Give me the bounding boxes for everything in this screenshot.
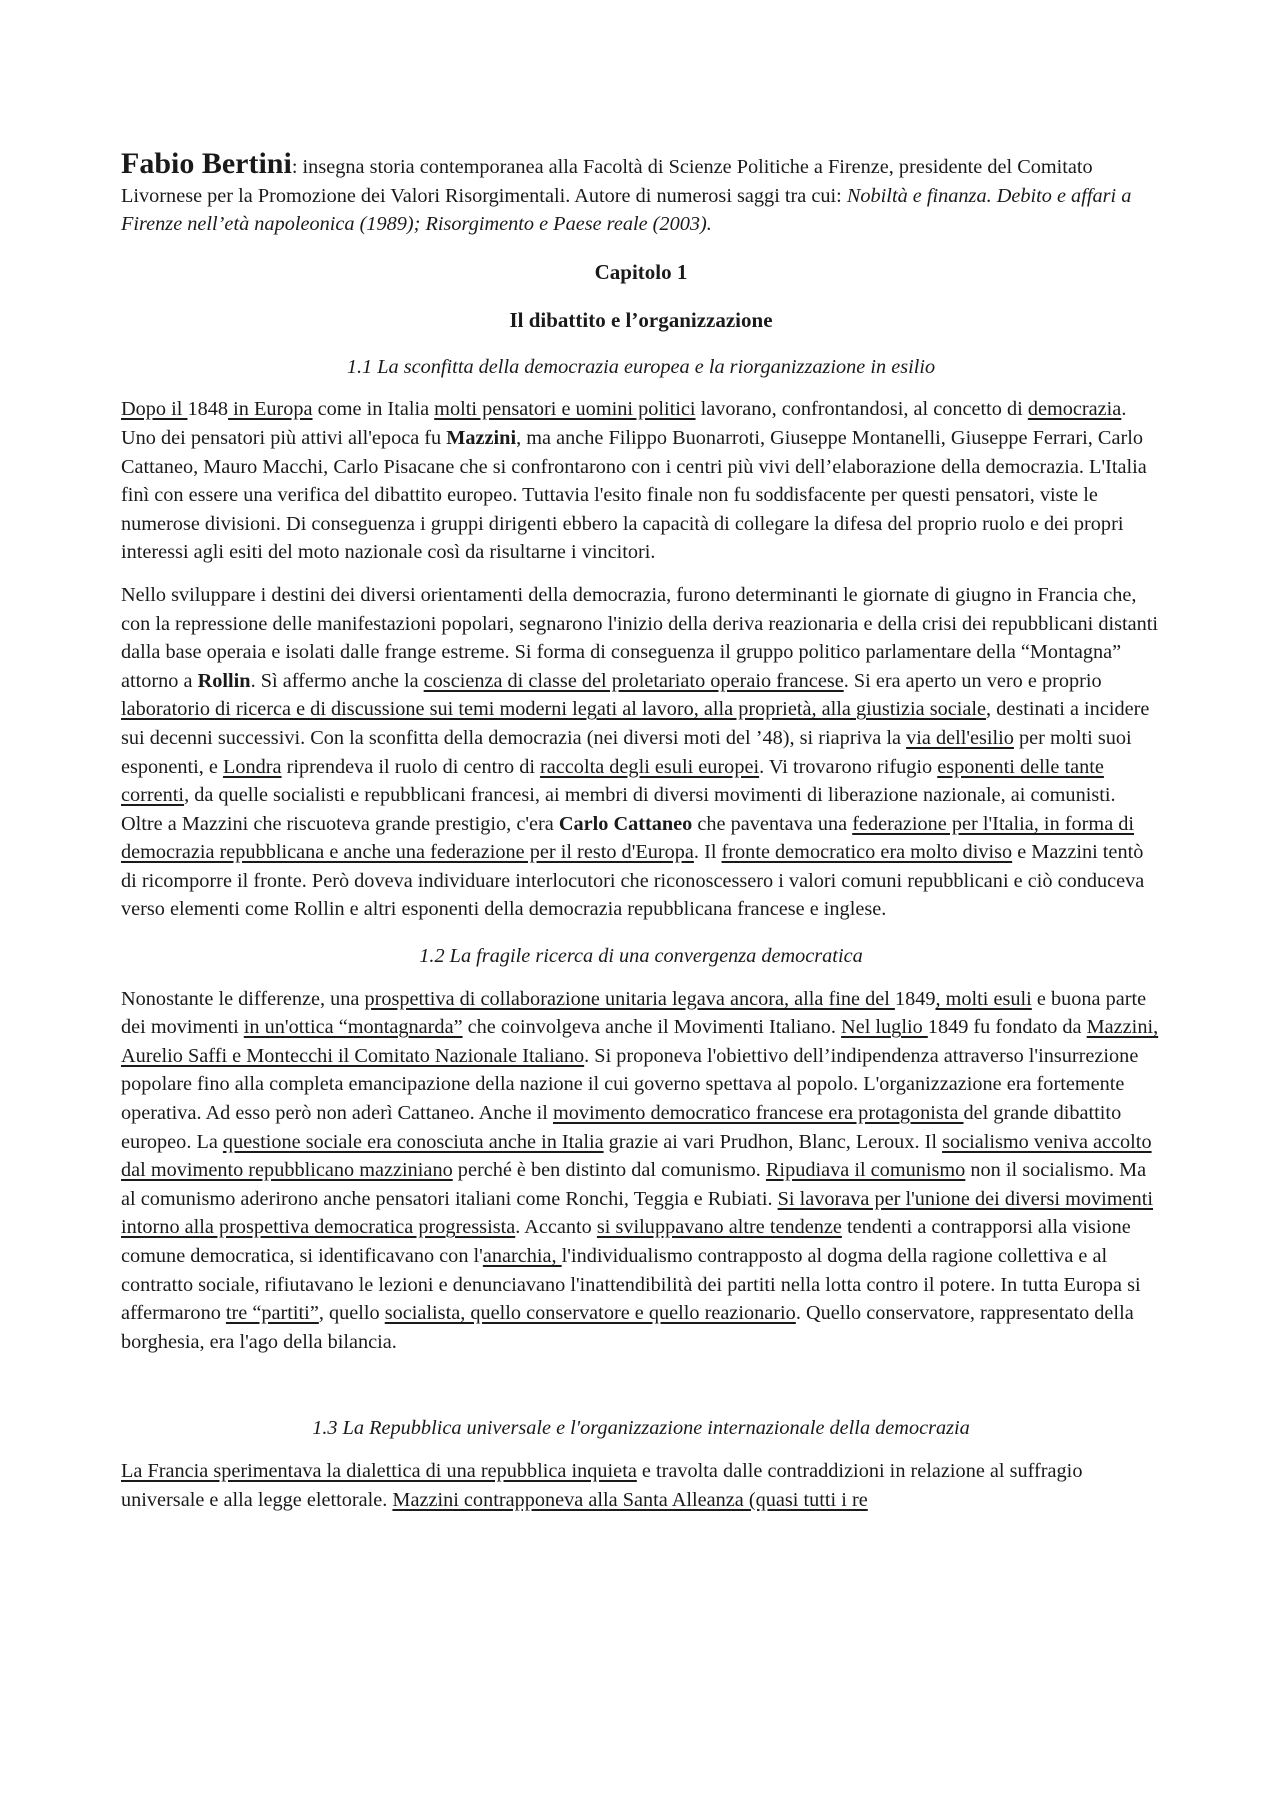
text-run: 1849 fu fondato da: [928, 1016, 1087, 1038]
section-heading: 1.3 La Repubblica universale e l'organiz…: [121, 1414, 1161, 1443]
text-run: . Sì affermo anche la: [251, 670, 424, 692]
underlined-text: molti pensatori e uomini politici: [434, 398, 695, 420]
text-run: 1848: [187, 398, 228, 420]
bold-text: Carlo Cattaneo: [559, 813, 693, 835]
underlined-text: , molti esuli: [935, 988, 1031, 1010]
text-run: . Si era aperto un vero e proprio: [844, 670, 1102, 692]
underlined-text: si sviluppavano altre tendenze: [597, 1216, 842, 1238]
text-run: , quello: [319, 1302, 385, 1324]
underlined-text: questione sociale era conosciuta anche i…: [223, 1131, 604, 1153]
underlined-text: via dell'esilio: [906, 727, 1014, 749]
section-heading: 1.2 La fragile ricerca di una convergenz…: [121, 942, 1161, 971]
underlined-text: anarchia,: [483, 1245, 562, 1267]
text-run: . Vi trovarono rifugio: [759, 756, 937, 778]
paragraph: Dopo il 1848 in Europa come in Italia mo…: [121, 395, 1161, 567]
document-page: Fabio Bertini: insegna storia contempora…: [121, 150, 1161, 1514]
chapter-title: Il dibattito e l’organizzazione: [121, 305, 1161, 335]
underlined-text: raccolta degli esuli europei: [540, 756, 759, 778]
bold-text: Rollin: [198, 670, 251, 692]
text-run: . Accanto: [515, 1216, 597, 1238]
chapter-label: Capitolo 1: [121, 257, 1161, 287]
underlined-text: democrazia: [1028, 398, 1121, 420]
underlined-text: La Francia sperimentava la dialettica di…: [121, 1460, 637, 1482]
underlined-text: Mazzini contrapponeva alla Santa Alleanz…: [392, 1489, 867, 1511]
paragraph: Nello sviluppare i destini dei diversi o…: [121, 581, 1161, 924]
bold-text: Mazzini: [446, 427, 516, 449]
text-run: perché è ben distinto dal comunismo.: [453, 1159, 766, 1181]
underlined-text: tre “partiti”: [226, 1302, 319, 1324]
underlined-text: laboratorio di ricerca e di discussione …: [121, 698, 986, 720]
text-run: che coinvolgeva anche il Movimenti Itali…: [463, 1016, 841, 1038]
author-bio: Fabio Bertini: insegna storia contempora…: [121, 150, 1161, 239]
underlined-text: in Europa: [228, 398, 312, 420]
paragraph: La Francia sperimentava la dialettica di…: [121, 1457, 1161, 1514]
underlined-text: Nel luglio: [841, 1016, 928, 1038]
text-run: . Il: [694, 841, 722, 863]
underlined-text: prospettiva di collaborazione unitaria l…: [364, 988, 894, 1010]
section-1-1: 1.1 La sconfitta della democrazia europe…: [121, 353, 1161, 924]
underlined-text: in un'ottica “montagnarda”: [244, 1016, 463, 1038]
text-run: come in Italia: [313, 398, 435, 420]
underlined-text: Ripudiava il comunismo: [766, 1159, 965, 1181]
text-run: lavorano, confrontandosi, al concetto di: [696, 398, 1028, 420]
section-1-3: 1.3 La Repubblica universale e l'organiz…: [121, 1414, 1161, 1514]
underlined-text: movimento democratico francese era prota…: [553, 1102, 964, 1124]
text-run: Nonostante le differenze, una: [121, 988, 364, 1010]
underlined-text: socialista, quello conservatore e quello…: [385, 1302, 796, 1324]
paragraph: Nonostante le differenze, una prospettiv…: [121, 985, 1161, 1357]
underlined-text: coscienza di classe del proletariato ope…: [424, 670, 844, 692]
section-1-2: 1.2 La fragile ricerca di una convergenz…: [121, 942, 1161, 1356]
text-run: grazie ai vari Prudhon, Blanc, Leroux. I…: [604, 1131, 942, 1153]
underlined-text: fronte democratico era molto diviso: [722, 841, 1013, 863]
author-name: Fabio Bertini: [121, 147, 292, 180]
section-heading: 1.1 La sconfitta della democrazia europe…: [121, 353, 1161, 382]
underlined-text: Dopo il: [121, 398, 187, 420]
text-run: che paventava una: [692, 813, 852, 835]
underlined-text: Londra: [223, 756, 282, 778]
text-run: riprendeva il ruolo di centro di: [282, 756, 541, 778]
text-run: 1849: [895, 988, 936, 1010]
